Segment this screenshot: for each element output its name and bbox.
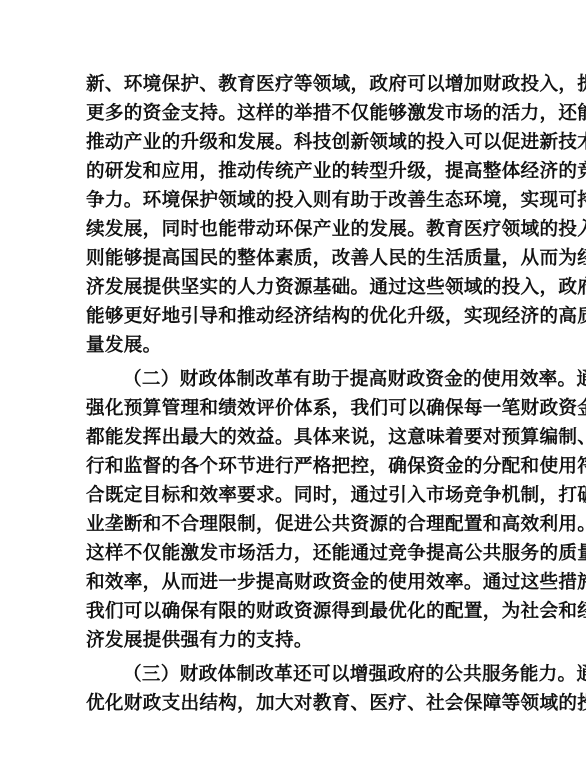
- text-line: 新、环境保护、教育医疗等领域，政府可以增加财政投入，提供: [86, 70, 498, 99]
- text-line: 强化预算管理和绩效评价体系，我们可以确保每一笔财政资金: [86, 394, 498, 423]
- text-line: 行和监督的各个环节进行严格把控，确保资金的分配和使用符: [86, 452, 498, 481]
- text-line: 量发展。: [86, 331, 498, 360]
- text-line-indented: （三）财政体制改革还可以增强政府的公共服务能力。通过: [86, 660, 498, 689]
- paragraph-2: （二）财政体制改革有助于提高财政资金的使用效率。通过 强化预算管理和绩效评价体系…: [86, 365, 498, 655]
- text-line: 和效率，从而进一步提高财政资金的使用效率。通过这些措施，: [86, 568, 498, 597]
- text-line-indented: （二）财政体制改革有助于提高财政资金的使用效率。通过: [86, 365, 498, 394]
- text-line: 济发展提供强有力的支持。: [86, 626, 498, 655]
- paragraph-1: 新、环境保护、教育医疗等领域，政府可以增加财政投入，提供 更多的资金支持。这样的…: [86, 70, 498, 360]
- text-line: 能够更好地引导和推动经济结构的优化升级，实现经济的高质: [86, 302, 498, 331]
- text-line: 我们可以确保有限的财政资源得到最优化的配置，为社会和经: [86, 597, 498, 626]
- text-line: 更多的资金支持。这样的举措不仅能够激发市场的活力，还能: [86, 99, 498, 128]
- document-page: 新、环境保护、教育医疗等领域，政府可以增加财政投入，提供 更多的资金支持。这样的…: [86, 70, 498, 723]
- text-line: 业垄断和不合理限制，促进公共资源的合理配置和高效利用。: [86, 510, 498, 539]
- paragraph-3: （三）财政体制改革还可以增强政府的公共服务能力。通过 优化财政支出结构，加大对教…: [86, 660, 498, 718]
- text-line: 推动产业的升级和发展。科技创新领域的投入可以促进新技术: [86, 128, 498, 157]
- text-line: 优化财政支出结构，加大对教育、医疗、社会保障等领域的投入，: [86, 689, 498, 718]
- text-line: 则能够提高国民的整体素质，改善人民的生活质量，从而为经: [86, 244, 498, 273]
- text-line: 续发展，同时也能带动环保产业的发展。教育医疗领域的投入: [86, 215, 498, 244]
- text-line: 这样不仅能激发市场活力，还能通过竞争提高公共服务的质量: [86, 539, 498, 568]
- text-line: 济发展提供坚实的人力资源基础。通过这些领域的投入，政府: [86, 273, 498, 302]
- text-line: 合既定目标和效率要求。同时，通过引入市场竞争机制，打破行: [86, 481, 498, 510]
- text-line: 都能发挥出最大的效益。具体来说，这意味着要对预算编制、执: [86, 423, 498, 452]
- text-line: 的研发和应用，推动传统产业的转型升级，提高整体经济的竞: [86, 157, 498, 186]
- text-line: 争力。环境保护领域的投入则有助于改善生态环境，实现可持: [86, 186, 498, 215]
